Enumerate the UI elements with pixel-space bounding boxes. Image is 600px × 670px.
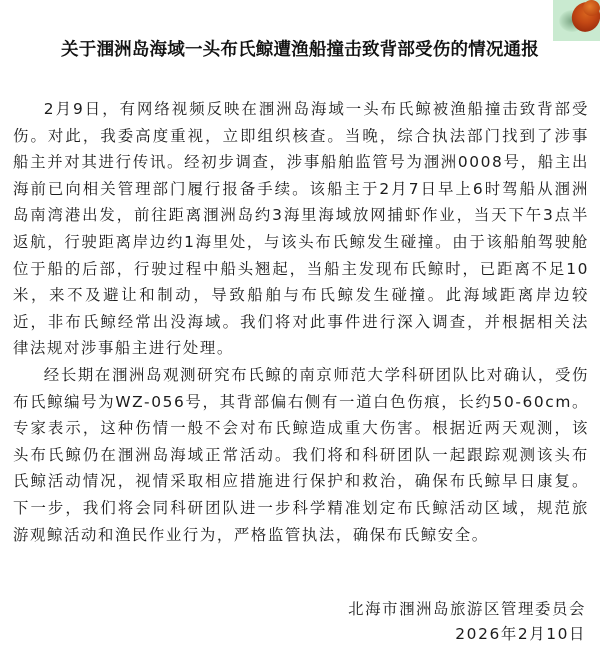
paragraph-assessment: 经长期在涠洲岛观测研究布氏鲸的南京师范大学科研团队比对确认，受伤布氏鲸编号为WZ…: [13, 362, 589, 548]
notice-body: 2月9日，有网络视频反映在涠洲岛海域一头布氏鲸被渔船撞击致背部受伤。对此，我委高…: [13, 96, 589, 548]
issuer-name: 北海市涠洲岛旅游区管理委员会: [348, 597, 586, 622]
paragraph-incident: 2月9日，有网络视频反映在涠洲岛海域一头布氏鲸被渔船撞击致背部受伤。对此，我委高…: [13, 96, 589, 362]
pin-highlight: [583, 0, 600, 16]
issue-date: 2026年2月10日: [348, 622, 586, 647]
notice-title: 关于涠洲岛海域一头布氏鲸遭渔船撞击致背部受伤的情况通报: [0, 36, 600, 61]
signature-block: 北海市涠洲岛旅游区管理委员会 2026年2月10日: [348, 597, 586, 647]
pushpin-icon: [553, 0, 600, 41]
